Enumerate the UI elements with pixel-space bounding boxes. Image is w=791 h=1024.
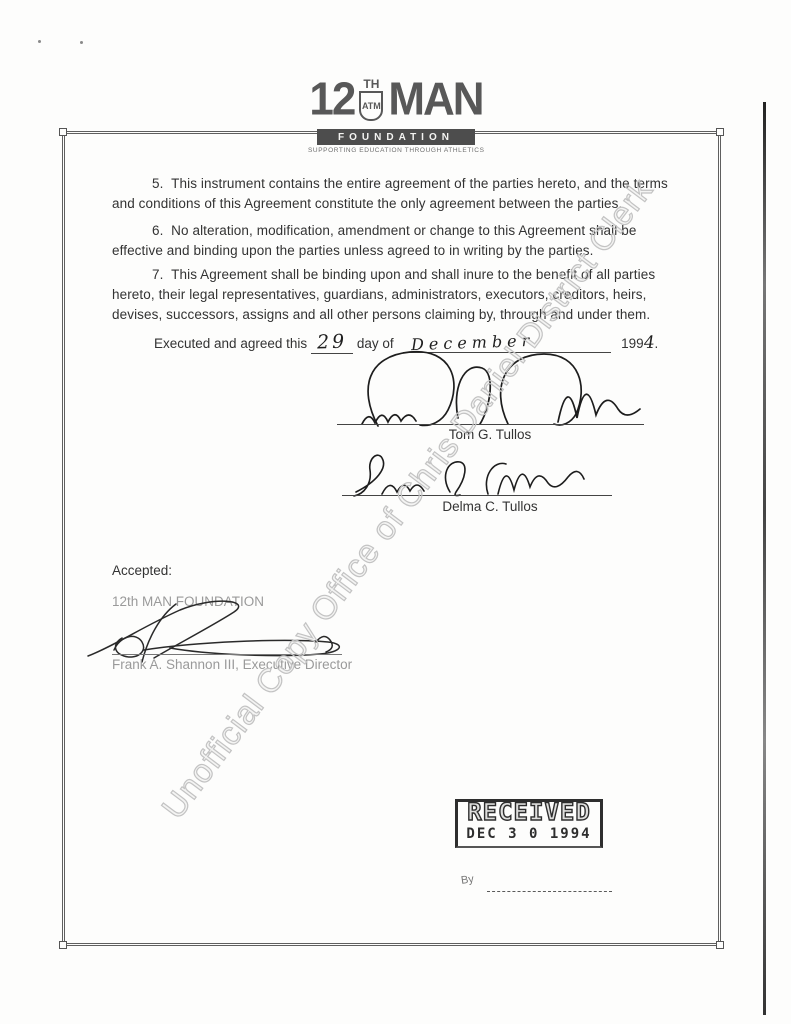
paragraph-number: 7. (152, 267, 163, 282)
logo-th-superscript: TH (363, 78, 379, 90)
received-stamp: RECEIVED DEC 3 0 1994 (455, 799, 603, 848)
scan-speck (80, 41, 83, 44)
signature-line (112, 654, 342, 655)
logo-man: MAN (388, 77, 482, 123)
tom-tullos-signature (340, 348, 660, 430)
accepted-label: Accepted: (112, 563, 172, 578)
printed-name-delma-tullos: Delma C. Tullos (380, 499, 600, 514)
frame-corner-ornament (59, 941, 67, 949)
logo-wordmark: 12 TH ATM MAN (308, 78, 484, 126)
paragraph-number: 6. (152, 223, 163, 238)
tamu-shield-icon: ATM (359, 91, 383, 121)
stamp-by-line (487, 891, 612, 892)
signature-line (337, 424, 644, 425)
frame-corner-ornament (59, 128, 67, 136)
logo-number: 12 (309, 77, 354, 123)
stamp-date: DEC 3 0 1994 (458, 826, 600, 842)
scan-edge-line (763, 102, 766, 1015)
printed-name-tom-tullos: Tom G. Tullos (380, 427, 600, 442)
signature-line (342, 495, 612, 496)
frame-corner-ornament (716, 941, 724, 949)
logo-tagline: SUPPORTING EDUCATION THROUGH ATHLETICS (308, 147, 484, 154)
paragraph-7: 7. This Agreement shall be binding upon … (112, 265, 690, 325)
scanned-document-page: Unofficial Copy Office of Chris Daniel D… (0, 0, 791, 1024)
signer-title-line: Frank A. Shannon III, Executive Director (112, 657, 352, 672)
paragraph-6: 6. No alteration, modification, amendmen… (112, 221, 690, 261)
executed-prefix: Executed and agreed this (154, 336, 307, 351)
paragraph-number: 5. (152, 176, 163, 191)
paragraph-text: This Agreement shall be binding upon and… (112, 267, 655, 322)
twelfth-man-foundation-logo: 12 TH ATM MAN FOUNDATION SUPPORTING EDUC… (308, 78, 484, 154)
stamp-title: RECEIVED (458, 800, 600, 824)
delma-tullos-signature (348, 452, 628, 498)
scan-speck (38, 40, 41, 43)
paragraph-text: No alteration, modification, amendment o… (112, 223, 636, 258)
stamp-by-label: By (460, 873, 474, 887)
paragraph-5: 5. This instrument contains the entire a… (112, 174, 690, 214)
frame-corner-ornament (716, 128, 724, 136)
logo-foundation-banner: FOUNDATION (317, 129, 475, 145)
paragraph-text: This instrument contains the entire agre… (112, 176, 668, 211)
